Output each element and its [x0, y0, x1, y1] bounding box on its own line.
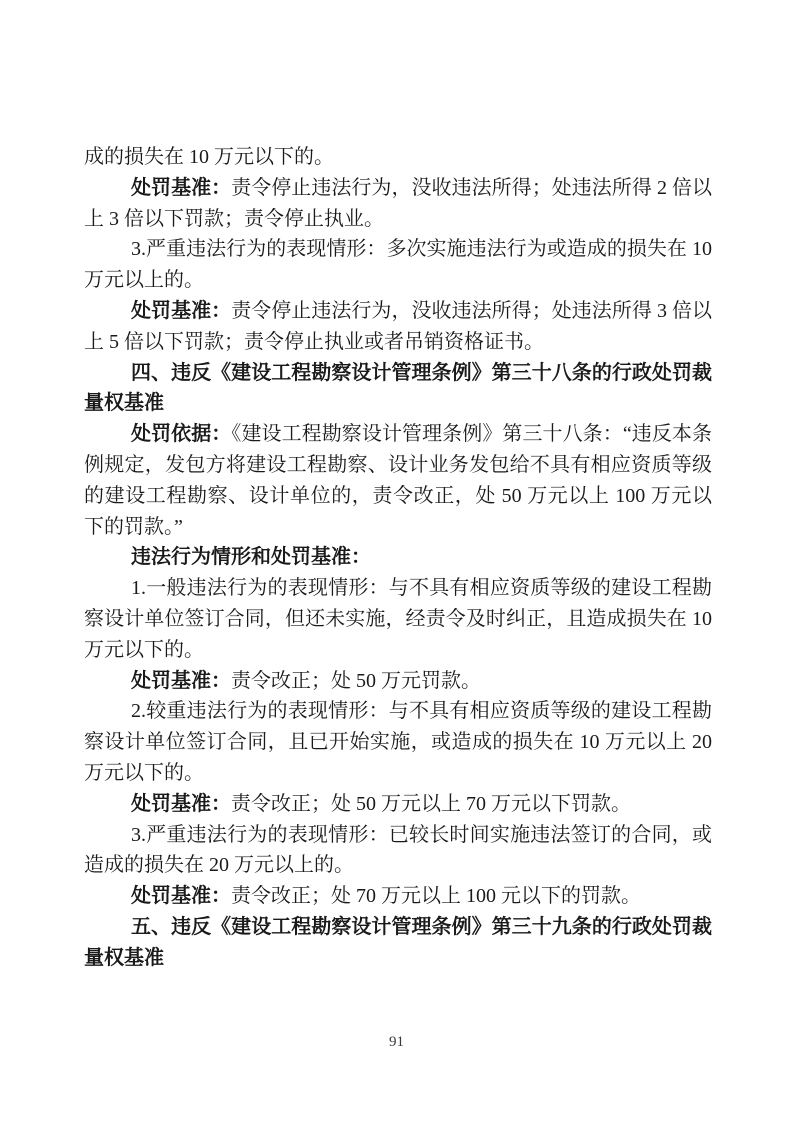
paragraph: 违法行为情形和处罚基准： [84, 542, 712, 573]
paragraph: 3.严重违法行为的表现情形：多次实施违法行为或造成的损失在 10 万元以上的。 [84, 234, 712, 296]
paragraph-text: 责令改正；处 50 万元罚款。 [231, 670, 481, 692]
paragraph: 处罚基准：责令改正；处 50 万元以上 70 万元以下罚款。 [84, 789, 712, 820]
paragraph: 成的损失在 10 万元以下的。 [84, 142, 712, 173]
paragraph: 处罚基准：责令改正；处 50 万元罚款。 [84, 666, 712, 697]
paragraph: 处罚基准：责令停止违法行为，没收违法所得；处违法所得 2 倍以上 3 倍以下罚款… [84, 173, 712, 235]
paragraph-label: 处罚基准： [131, 300, 231, 322]
section-heading: 四、违反《建设工程勘察设计管理条例》第三十八条的行政处罚裁量权基准 [84, 358, 712, 420]
paragraph: 1.一般违法行为的表现情形：与不具有相应资质等级的建设工程勘察设计单位签订合同，… [84, 573, 712, 665]
paragraph: 2.较重违法行为的表现情形：与不具有相应资质等级的建设工程勘察设计单位签订合同，… [84, 696, 712, 788]
document-body: 成的损失在 10 万元以下的。 处罚基准：责令停止违法行为，没收违法所得；处违法… [84, 142, 712, 974]
paragraph-label: 处罚基准： [131, 885, 231, 907]
paragraph-text: 2.较重违法行为的表现情形：与不具有相应资质等级的建设工程勘察设计单位签订合同，… [84, 700, 712, 784]
paragraph-text: 成的损失在 10 万元以下的。 [84, 146, 334, 168]
paragraph-text: 1.一般违法行为的表现情形：与不具有相应资质等级的建设工程勘察设计单位签订合同，… [84, 577, 712, 661]
paragraph-text: 3.严重违法行为的表现情形：多次实施违法行为或造成的损失在 10 万元以上的。 [84, 238, 712, 291]
paragraph-text: 责令改正；处 50 万元以上 70 万元以下罚款。 [231, 793, 631, 815]
paragraph: 处罚基准：责令改正；处 70 万元以上 100 元以下的罚款。 [84, 881, 712, 912]
paragraph: 3.严重违法行为的表现情形：已较长时间实施违法签订的合同，或造成的损失在 20 … [84, 820, 712, 882]
paragraph-text: 3.严重违法行为的表现情形：已较长时间实施违法签订的合同，或造成的损失在 20 … [84, 824, 712, 877]
paragraph: 处罚基准：责令停止违法行为，没收违法所得；处违法所得 3 倍以上 5 倍以下罚款… [84, 296, 712, 358]
paragraph-text: 责令改正；处 70 万元以上 100 元以下的罚款。 [231, 885, 641, 907]
page-number: 91 [0, 1034, 793, 1051]
paragraph: 处罚依据：《建设工程勘察设计管理条例》第三十八条：“违反本条例规定，发包方将建设… [84, 419, 712, 542]
paragraph-label: 处罚基准： [131, 793, 231, 815]
section-heading-text: 四、违反《建设工程勘察设计管理条例》第三十八条的行政处罚裁量权基准 [84, 362, 712, 415]
paragraph-label: 处罚依据： [131, 423, 231, 445]
section-heading-text: 五、违反《建设工程勘察设计管理条例》第三十九条的行政处罚裁量权基准 [84, 916, 712, 969]
document-page: 成的损失在 10 万元以下的。 处罚基准：责令停止违法行为，没收违法所得；处违法… [0, 0, 793, 1122]
paragraph-label: 违法行为情形和处罚基准： [131, 546, 371, 568]
paragraph-label: 处罚基准： [131, 177, 231, 199]
paragraph-label: 处罚基准： [131, 670, 231, 692]
section-heading: 五、违反《建设工程勘察设计管理条例》第三十九条的行政处罚裁量权基准 [84, 912, 712, 974]
